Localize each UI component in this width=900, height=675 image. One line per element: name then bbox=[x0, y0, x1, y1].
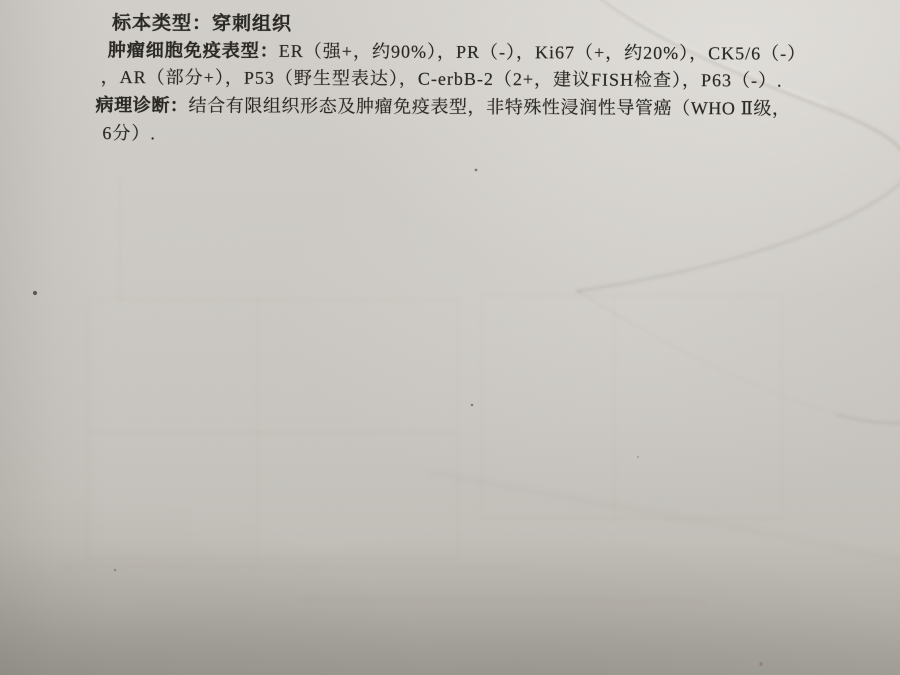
diagnosis-label: 病理诊断： bbox=[96, 95, 189, 115]
specimen-type-line: 标本类型：穿刺组织 bbox=[112, 8, 292, 36]
diagnosis-value-1: 结合有限组织形态及肿瘤免疫表型，非特殊性浸润性导管癌（WHO Ⅱ级， bbox=[189, 95, 791, 118]
reverse-side-showthrough bbox=[62, 180, 782, 601]
immunophenotype-line-1: 肿瘤细胞免疫表型：ER（强+，约90%），PR（-），Ki67（+，约20%），… bbox=[108, 36, 806, 66]
paper-specks bbox=[33, 169, 763, 666]
diagnosis-line-1: 病理诊断：结合有限组织形态及肿瘤免疫表型，非特殊性浸润性导管癌（WHO Ⅱ级， bbox=[95, 91, 790, 121]
specimen-type-value: 穿刺组织 bbox=[212, 14, 292, 35]
diagnosis-line-2: 6分）. bbox=[102, 119, 156, 145]
diagnosis-value-2: 6分）. bbox=[102, 123, 156, 143]
paper-crease-bottom-right bbox=[430, 472, 900, 562]
immunophenotype-line-2: ，AR（部分+），P53（野生型表达），C-erbB-2（2+，建议FISH检查… bbox=[101, 63, 783, 93]
report-text-block: 标本类型：穿刺组织 肿瘤细胞免疫表型：ER（强+，约90%），PR（-），Ki6… bbox=[0, 0, 900, 4]
paper-document-photo: 标本类型：穿刺组织 肿瘤细胞免疫表型：ER（强+，约90%），PR（-），Ki6… bbox=[0, 0, 900, 675]
immunophenotype-label: 肿瘤细胞免疫表型： bbox=[108, 40, 279, 61]
specimen-type-label: 标本类型： bbox=[112, 13, 212, 35]
immunophenotype-value-1: ER（强+，约90%），PR（-），Ki67（+，约20%），CK5/6（-） bbox=[279, 41, 806, 64]
immunophenotype-value-2: ，AR（部分+），P53（野生型表达），C-erbB-2（2+，建议FISH检查… bbox=[101, 67, 783, 91]
